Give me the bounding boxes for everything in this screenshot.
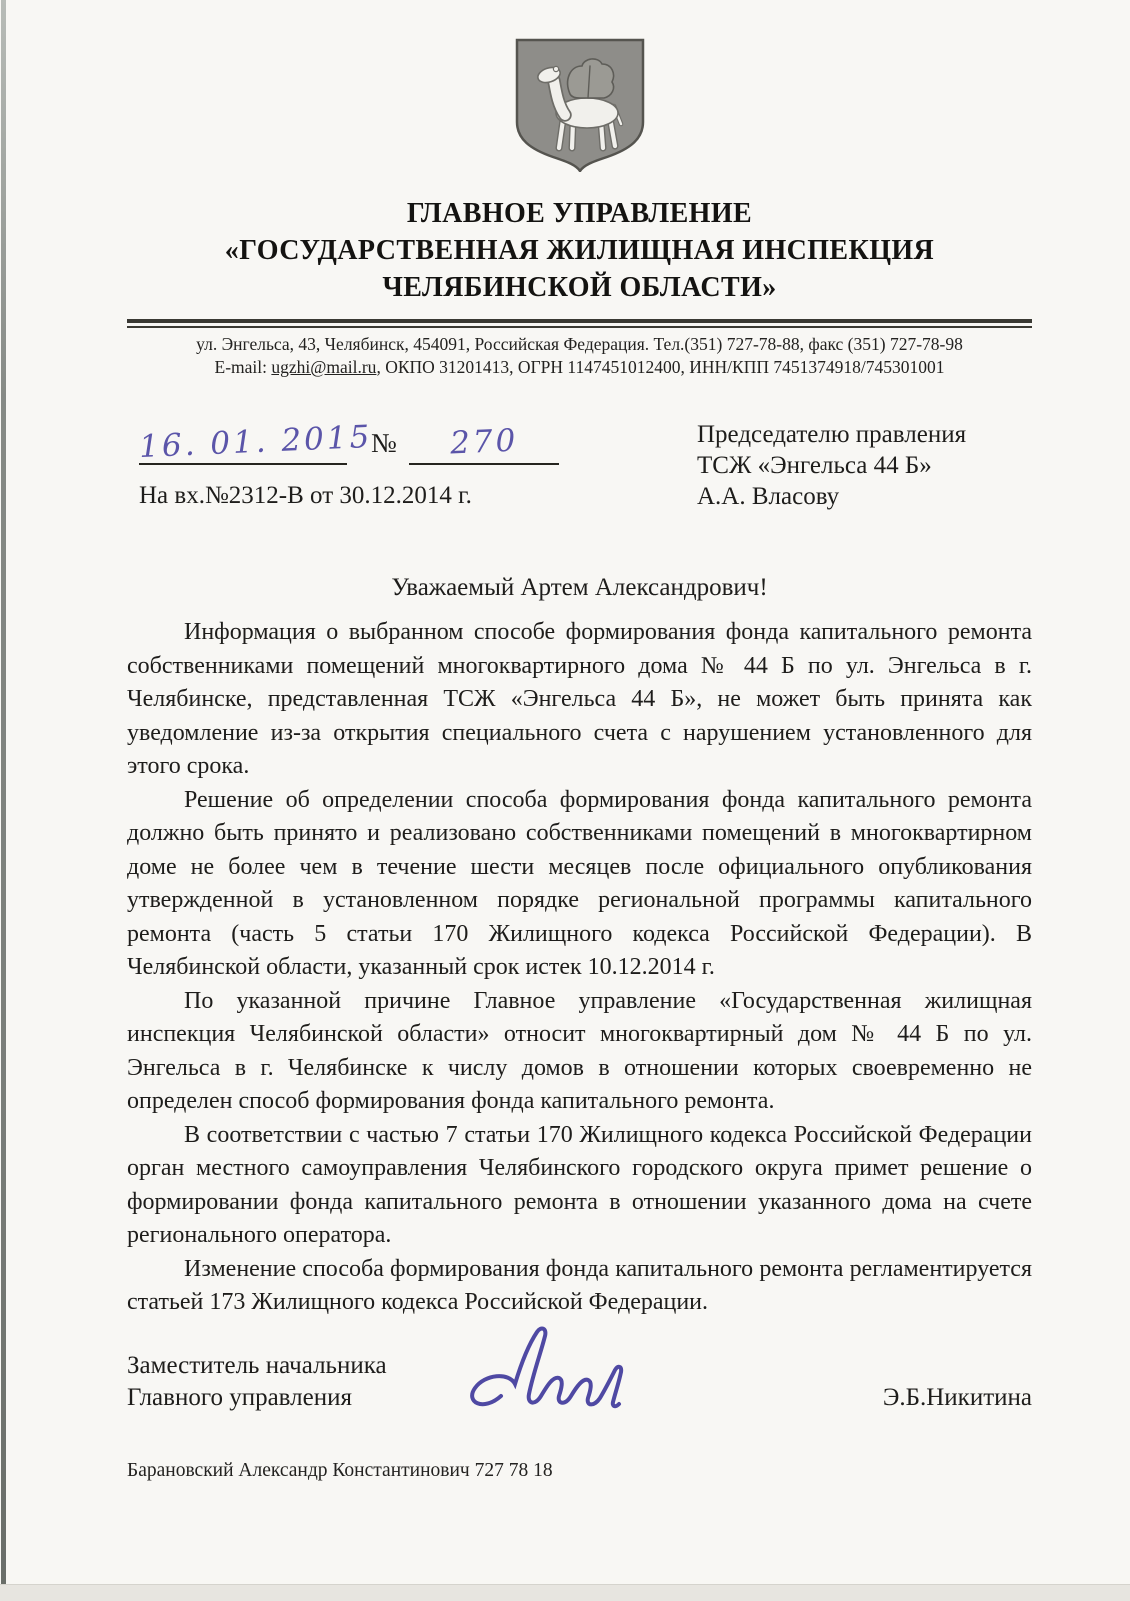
signer-position-line-2: Главного управления: [127, 1382, 387, 1414]
body-paragraph: Изменение способа формирования фонда кап…: [127, 1253, 1032, 1320]
letter-content: ГЛАВНОЕ УПРАВЛЕНИЕ «ГОСУДАРСТВЕННАЯ ЖИЛИ…: [0, 36, 1130, 1482]
date-number-line: 16. 01. 2015 № 270: [139, 419, 672, 465]
date-blank-line: 16. 01. 2015: [139, 421, 347, 465]
recipient-line-1: Председателю правления: [697, 419, 1032, 450]
email-prefix: E-mail:: [215, 357, 272, 377]
letter-body: Информация о выбранном способе формирова…: [127, 616, 1032, 1320]
signer-name: Э.Б.Никитина: [883, 1382, 1032, 1414]
number-blank-line: 270: [409, 421, 559, 465]
reference-row: 16. 01. 2015 № 270 На вх.№2312-В от 30.1…: [127, 419, 1032, 512]
org-title-line-2: «ГОСУДАРСТВЕННАЯ ЖИЛИЩНАЯ ИНСПЕКЦИЯ: [127, 232, 1032, 269]
signer-position: Заместитель начальника Главного управлен…: [127, 1350, 387, 1414]
org-title-line-1: ГЛАВНОЕ УПРАВЛЕНИЕ: [127, 195, 1032, 232]
org-address-line-1: ул. Энгельса, 43, Челябинск, 454091, Рос…: [127, 333, 1032, 356]
recipient-line-2: ТСЖ «Энгельса 44 Б»: [697, 450, 1032, 481]
recipient-line-3: А.А. Власову: [697, 481, 1032, 512]
org-title: ГЛАВНОЕ УПРАВЛЕНИЕ «ГОСУДАРСТВЕННАЯ ЖИЛИ…: [127, 195, 1032, 306]
body-paragraph: По указанной причине Главное управление …: [127, 985, 1032, 1119]
org-address-block: ул. Энгельса, 43, Челябинск, 454091, Рос…: [127, 333, 1032, 379]
email-address: ugzhi@mail.ru: [271, 357, 376, 377]
handwritten-signature: [457, 1314, 687, 1418]
org-codes: , ОКПО 31201413, ОГРН 1147451012400, ИНН…: [376, 357, 944, 377]
header-double-rule: [127, 319, 1032, 328]
executor-contact: Барановский Александр Константинович 727…: [127, 1460, 1032, 1482]
handwritten-date: 16. 01. 2015: [138, 419, 373, 465]
signer-position-line-1: Заместитель начальника: [127, 1350, 387, 1382]
org-title-line-3: ЧЕЛЯБИНСКОЙ ОБЛАСТИ»: [127, 269, 1032, 306]
body-paragraph: В соответствии с частью 7 статьи 170 Жил…: [127, 1119, 1032, 1253]
scan-bottom-edge-artifact: [0, 1584, 1130, 1601]
body-paragraph: Решение об определении способа формирова…: [127, 784, 1032, 985]
letter-page: { "colors": { "paper": "#f8f7f4", "ink":…: [0, 0, 1130, 1600]
letter-paper: ГЛАВНОЕ УПРАВЛЕНИЕ «ГОСУДАРСТВЕННАЯ ЖИЛИ…: [0, 0, 1130, 1585]
incoming-reference: На вх.№2312-В от 30.12.2014 г.: [139, 482, 672, 510]
body-paragraph: Информация о выбранном способе формирова…: [127, 616, 1032, 784]
signature-row: Заместитель начальника Главного управлен…: [127, 1350, 1032, 1414]
handwritten-number: 270: [449, 423, 519, 462]
coat-of-arms-icon: [510, 36, 650, 172]
org-address-line-2: E-mail: ugzhi@mail.ru, ОКПО 31201413, ОГ…: [127, 356, 1032, 379]
reference-block: 16. 01. 2015 № 270 На вх.№2312-В от 30.1…: [127, 419, 672, 512]
salutation: Уважаемый Артем Александрович!: [127, 574, 1032, 602]
recipient-block: Председателю правления ТСЖ «Энгельса 44 …: [697, 419, 1032, 512]
number-sign: №: [371, 421, 397, 465]
